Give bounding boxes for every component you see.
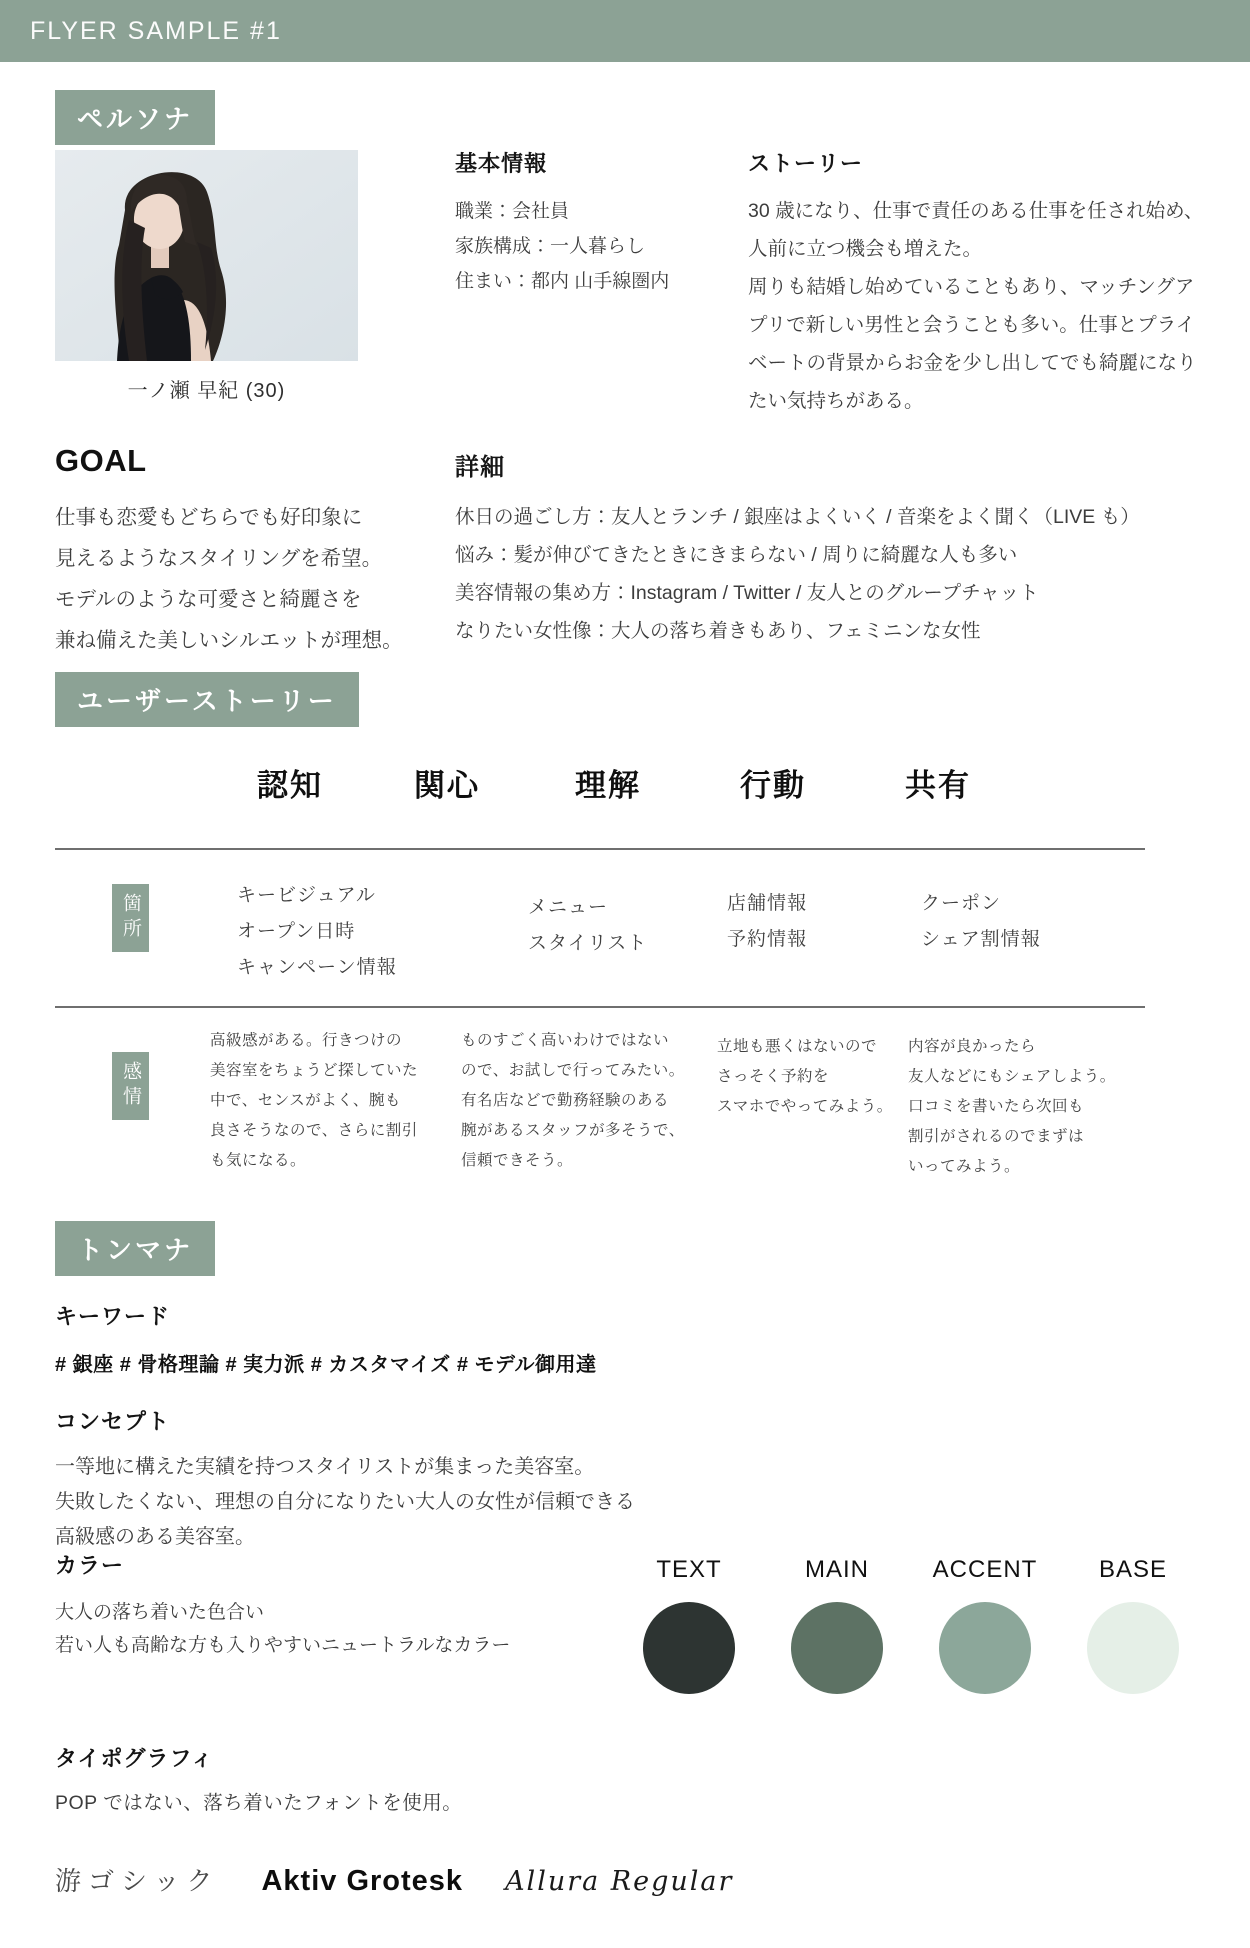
user-story-journey-map: 認知 関心 理解 行動 共有 箇所 キービジュアル オープン日時 キャンペーン情…: [55, 760, 1145, 1192]
persona-photo: [55, 150, 358, 361]
goal-text: 仕事も恋愛もどちらでも好印象に 見えるようなスタイリングを希望。 モデルのような…: [55, 497, 435, 661]
typography-block: タイポグラフィ POP ではない、落ち着いたフォントを使用。 游ゴシック Akt…: [55, 1742, 955, 1898]
basic-info-heading: 基本情報: [455, 147, 745, 178]
keyword-block: キーワード # 銀座 # 骨格理論 # 実力派 # カスタマイズ # モデル御用…: [55, 1300, 597, 1377]
swatch-circle-main: [791, 1602, 883, 1694]
journey-divider-middle: [55, 1006, 1145, 1008]
stage-understanding: 理解: [575, 760, 641, 805]
goal-block: GOAL 仕事も恋愛もどちらでも好印象に 見えるようなスタイリングを希望。 モデ…: [55, 443, 435, 661]
touchpoints-share: クーポン シェア割情報: [921, 886, 1041, 958]
emotion-interest: ものすごく高いわけではない ので、お試しで行ってみたい。 有名店などで勤務経験の…: [461, 1026, 685, 1176]
stage-awareness: 認知: [257, 760, 323, 805]
stage-share: 共有: [905, 760, 971, 805]
document-title: FLYER SAMPLE #1: [0, 0, 1250, 62]
swatch-main: MAIN: [776, 1556, 898, 1694]
basic-info-text: 職業：会社員 家族構成：一人暮らし 住まい：都内 山手線圏内: [455, 194, 745, 299]
section-label-persona: ペルソナ: [55, 90, 215, 145]
concept-heading: コンセプト: [55, 1405, 635, 1436]
swatch-label: MAIN: [805, 1556, 869, 1584]
swatch-label: TEXT: [656, 1556, 721, 1584]
font-sample-allura: Allura Regular: [505, 1866, 733, 1897]
typography-heading: タイポグラフィ: [55, 1742, 955, 1773]
concept-block: コンセプト 一等地に構えた実績を持つスタイリストが集まった美容室。 失敗したくな…: [55, 1405, 635, 1555]
goal-heading: GOAL: [55, 443, 435, 479]
detail-heading: 詳細: [455, 447, 1215, 482]
stage-action: 行動: [740, 760, 806, 805]
journey-divider-top: [55, 848, 1145, 850]
typography-note: POP ではない、落ち着いたフォントを使用。: [55, 1787, 955, 1815]
emotion-action: 立地も悪くはないので さっそく予約を スマホでやってみよう。: [717, 1032, 893, 1122]
detail-text: 休日の過ごし方：友人とランチ / 銀座はよくいく / 音楽をよく聞く（LIVE …: [455, 498, 1215, 650]
touchpoints-awareness: キービジュアル オープン日時 キャンペーン情報: [237, 878, 397, 986]
detail-block: 詳細 休日の過ごし方：友人とランチ / 銀座はよくいく / 音楽をよく聞く（LI…: [455, 447, 1215, 650]
swatch-circle-base: [1087, 1602, 1179, 1694]
stage-interest: 関心: [414, 760, 480, 805]
row-label-emotion: 感情: [112, 1052, 149, 1120]
emotion-share: 内容が良かったら 友人などにもシェアしよう。 口コミを書いたら次回も 割引がされ…: [908, 1032, 1116, 1182]
swatch-accent: ACCENT: [924, 1556, 1046, 1694]
font-samples: 游ゴシック Aktiv Grotesk Allura Regular: [55, 1861, 955, 1898]
swatch-label: BASE: [1099, 1556, 1167, 1584]
touchpoints-action: 店舗情報 予約情報: [727, 886, 807, 958]
section-label-user-story: ユーザーストーリー: [55, 672, 359, 727]
section-label-tone-manner: トンマナ: [55, 1221, 215, 1276]
font-sample-yugothic: 游ゴシック: [55, 1861, 219, 1898]
top-header-bar: FLYER SAMPLE #1: [0, 0, 1250, 62]
swatch-base: BASE: [1072, 1556, 1194, 1694]
color-palette: TEXT MAIN ACCENT BASE: [628, 1556, 1194, 1694]
story-text: 30 歳になり、仕事で責任のある仕事を任され始め、 人前に立つ機会も増えた。 周…: [748, 192, 1226, 420]
story-block: ストーリー 30 歳になり、仕事で責任のある仕事を任され始め、 人前に立つ機会も…: [748, 147, 1226, 420]
swatch-circle-accent: [939, 1602, 1031, 1694]
keyword-hashtags: # 銀座 # 骨格理論 # 実力派 # カスタマイズ # モデル御用達: [55, 1348, 597, 1377]
basic-info-block: 基本情報 職業：会社員 家族構成：一人暮らし 住まい：都内 山手線圏内: [455, 147, 745, 299]
story-heading: ストーリー: [748, 147, 1226, 178]
font-sample-aktiv-grotesk: Aktiv Grotesk: [261, 1865, 463, 1898]
emotion-awareness: 高級感がある。行きつけの 美容室をちょうど探していた 中で、センスがよく、腕も …: [210, 1026, 418, 1176]
concept-text: 一等地に構えた実績を持つスタイリストが集まった美容室。 失敗したくない、理想の自…: [55, 1450, 635, 1555]
keyword-heading: キーワード: [55, 1300, 597, 1331]
swatch-label: ACCENT: [933, 1556, 1038, 1584]
row-label-touchpoints: 箇所: [112, 884, 149, 952]
flyer-sample-sheet: FLYER SAMPLE #1 ペルソナ: [0, 0, 1250, 1948]
color-block: カラー 大人の落ち着いた色合い 若い人も高齢な方も入りやすいニュートラルなカラー: [55, 1549, 510, 1662]
persona-name-caption: 一ノ瀬 早紀 (30): [55, 374, 358, 403]
swatch-text: TEXT: [628, 1556, 750, 1694]
swatch-circle-text: [643, 1602, 735, 1694]
color-text: 大人の落ち着いた色合い 若い人も高齢な方も入りやすいニュートラルなカラー: [55, 1596, 510, 1662]
touchpoints-interest: メニュー スタイリスト: [528, 890, 647, 962]
persona-photo-illustration: [55, 150, 358, 361]
color-heading: カラー: [55, 1549, 510, 1580]
